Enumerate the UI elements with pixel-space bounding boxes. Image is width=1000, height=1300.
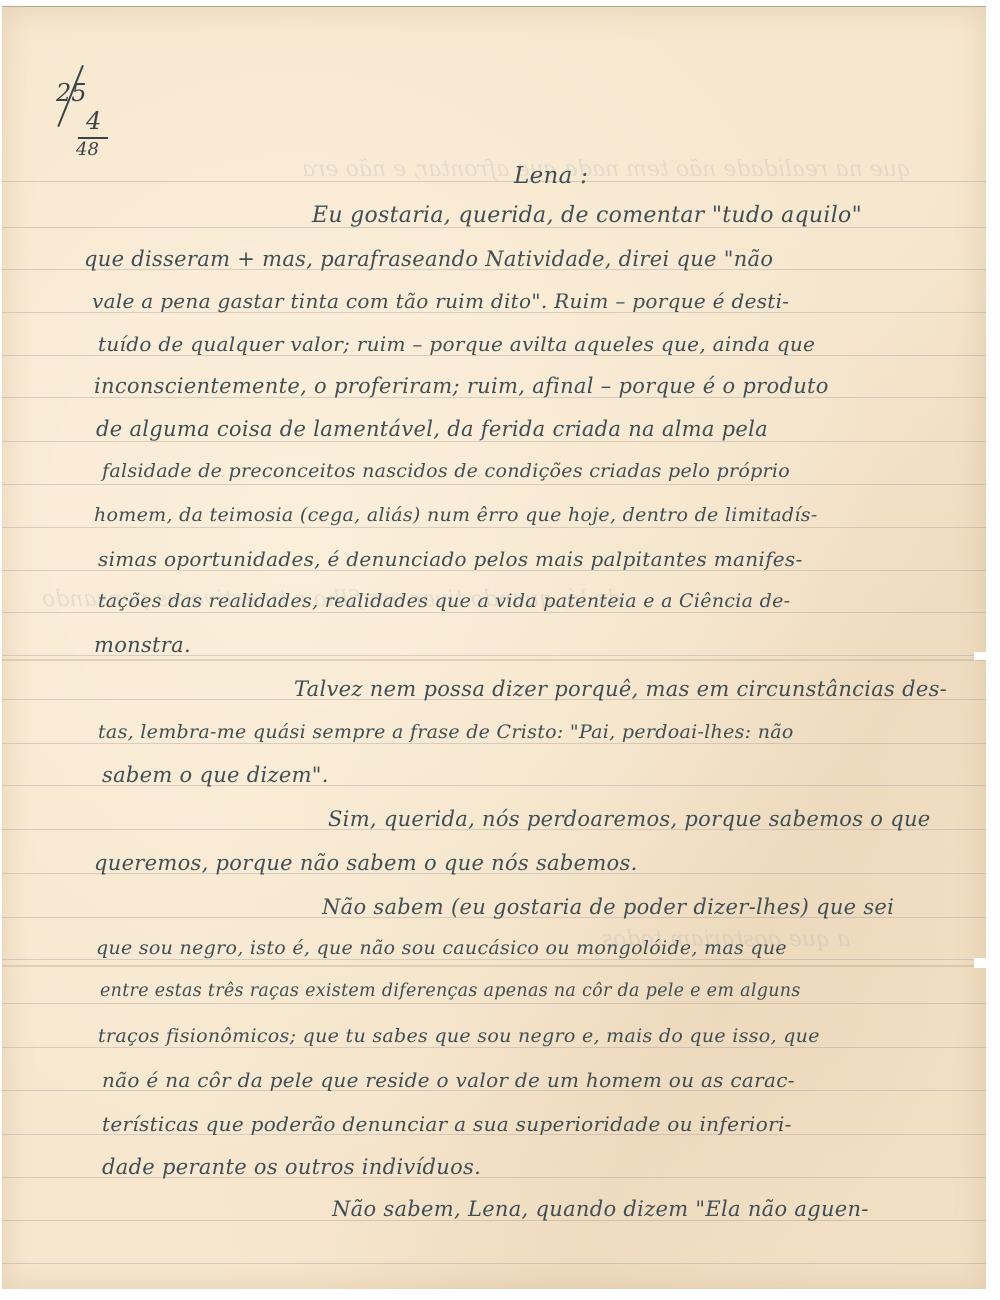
torn-edge [974, 958, 988, 968]
ruled-line [2, 441, 986, 442]
ruled-line [2, 1263, 986, 1264]
paper-fold [2, 965, 986, 967]
letter-line: tuído de qualquer valor; ruim – porque a… [98, 334, 815, 354]
letter-line: simas oportunidades, é denunciado pelos … [98, 549, 803, 569]
bleed-through-text: que na realidade não tem nada que afront… [302, 157, 911, 182]
ruled-line [2, 959, 986, 960]
letter-line: falsidade de preconceitos nascidos de co… [102, 462, 790, 481]
letter-line: traços fisionômicos; que tu sabes que so… [98, 1027, 820, 1046]
letter-line: Sim, querida, nós perdoaremos, porque sa… [328, 809, 931, 830]
letter-line: monstra. [94, 635, 191, 656]
letter-line: que sou negro, isto é, que não sou caucá… [96, 939, 787, 958]
letter-page: que na realidade não tem nada que afront… [2, 6, 986, 1289]
letter-line: homem, da teimosia (cega, aliás) num êrr… [94, 506, 818, 525]
ruled-line [2, 612, 986, 613]
letter-line: queremos, porque não sabem o que nós sab… [94, 853, 638, 874]
ruled-line [2, 1003, 986, 1004]
letter-line: Eu gostaria, querida, de comentar "tudo … [312, 205, 862, 227]
letter-line: não é na côr da pele que reside o valor … [102, 1070, 795, 1090]
date-month: 4 [86, 107, 101, 135]
ruled-line [2, 527, 986, 528]
letter-line: de alguma coisa de lamentável, da ferida… [96, 419, 768, 440]
letter-line: entre estas três raças existem diferença… [100, 983, 801, 1001]
letter-line: Talvez nem possa dizer porquê, mas em ci… [294, 679, 947, 700]
ruled-line [2, 1047, 986, 1048]
letter-line: que disseram + mas, parafraseando Nativi… [84, 249, 773, 270]
ruled-line [2, 484, 986, 485]
letter-line: sabem o que dizem". [102, 765, 329, 786]
paper-fold [2, 659, 986, 661]
letter-line: inconscientemente, o proferiram; ruim, a… [94, 376, 829, 397]
letter-line: tações das realidades, realidades que a … [98, 592, 790, 611]
ruled-line [2, 743, 986, 744]
salutation: Lena : [514, 165, 588, 188]
letter-line: terísticas que poderão denunciar a sua s… [102, 1114, 792, 1134]
letter-line: dade perante os outros indivíduos. [102, 1157, 481, 1178]
letter-line: vale a pena gastar tinta com tão ruim di… [92, 291, 789, 311]
letter-line: Não sabem, Lena, quando dizem "Ela não a… [332, 1199, 869, 1220]
date-year: 48 [76, 139, 99, 160]
torn-edge [974, 652, 988, 660]
letter-line: tas, lembra-me quási sempre a frase de C… [98, 723, 794, 742]
letter-line: Não sabem (eu gostaria de poder dizer-lh… [322, 897, 894, 918]
